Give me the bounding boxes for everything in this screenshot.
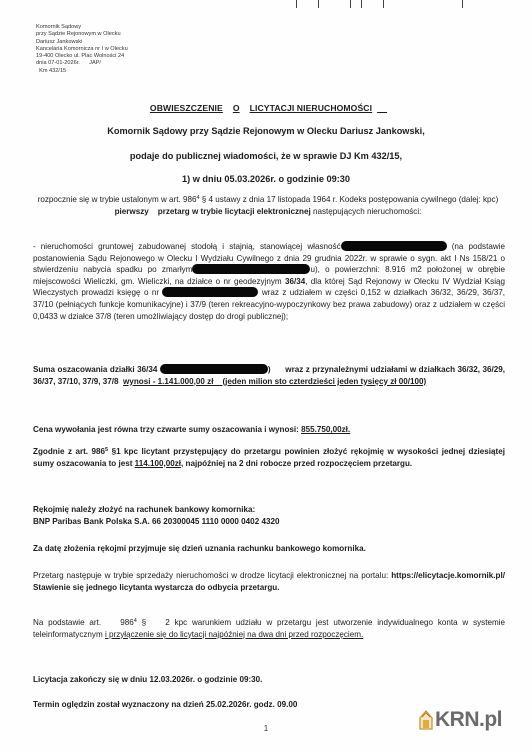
text: rozpocznie się w trybie ustalonym w art.… xyxy=(38,195,197,204)
starting-price: 855.750,00zł. xyxy=(301,425,350,434)
starting-price-paragraph: Cena wywołania jest równa trzy czwarte s… xyxy=(33,424,505,436)
letterhead-line: przy Sądzie Rejonowym w Olecku xyxy=(36,31,128,38)
auction-type: pierwszy xyxy=(115,207,149,216)
bailiff-name-line: Komornik Sądowy przy Sądzie Rejonowym w … xyxy=(0,126,532,136)
letterhead-line: Komornik Sądowy xyxy=(36,24,128,31)
auction-date-line: 1) w dniu 05.03.2026r. o godzinie 09:30 xyxy=(0,174,532,184)
auction-end: Licytacja zakończy się w dniu 12.03.2026… xyxy=(33,674,505,686)
krn-logo-text: KRN.pl xyxy=(435,708,502,732)
title-part: O xyxy=(233,103,240,113)
scan-mark xyxy=(296,0,297,8)
text: - nieruchomości gruntowej zabudowanej st… xyxy=(33,242,341,251)
title-part: OBWIESZCZENIE xyxy=(150,103,223,113)
valuation-paragraph: Suma oszacowania działki 36/34 ) wraz z … xyxy=(33,364,505,387)
house-icon xyxy=(419,710,433,730)
auction-portal-link[interactable]: https://elicytacje.komornik.pl/ xyxy=(391,571,505,580)
bailiff-letterhead: Komornik Sądowy przy Sądzie Rejonowym w … xyxy=(36,24,128,75)
text: Suma oszacowania działki 36/34 xyxy=(33,365,160,374)
scan-mark xyxy=(318,0,319,8)
scan-mark xyxy=(361,0,362,8)
text: § 4 ustawy z dnia 17 listopada 1964 r. K… xyxy=(200,195,499,204)
bank-account-number: BNP Paribas Bank Polska S.A. 66 20300045… xyxy=(33,516,505,528)
letterhead-date: dnia 07-01-2026r. JAP/ xyxy=(36,60,128,67)
title-part: LICYTACJI NIERUCHOMOŚCI xyxy=(250,103,372,113)
letterhead-line: 19-400 Olecko ul. Plac Wolności 24 xyxy=(36,53,128,60)
bank-label: Rękojmię należy złożyć na rachunek banko… xyxy=(33,504,505,516)
scan-mark xyxy=(383,0,384,8)
valuation-amount: wynosi - 1.141.000,00 zł (jeden milion s… xyxy=(123,377,426,386)
letterhead-line: Dariusz Jankowski xyxy=(36,39,128,46)
document-page: Komornik Sądowy przy Sądzie Rejonowym w … xyxy=(0,0,532,750)
bank-details: Rękojmię należy złożyć na rachunek banko… xyxy=(33,504,505,527)
join-deadline: i przyłączenie się do licytacji najpóźni… xyxy=(105,630,363,639)
text: Cena wywołania jest równa trzy czwarte s… xyxy=(33,425,301,434)
portal-paragraph: Przetarg następuje w trybie sprzedaży ni… xyxy=(33,570,505,593)
letterhead-line: Kancelaria Komornicza nr I w Olecku xyxy=(36,46,128,53)
deposit-paragraph: Zgodnie z art. 9865 §1 kpc licytant przy… xyxy=(33,446,505,469)
redacted-land-register xyxy=(162,287,258,297)
deposit-date-note: Za datę złożenia rękojmi przyjmuje się d… xyxy=(33,543,505,555)
plot-number: 36/34 xyxy=(285,277,305,286)
text: , najpóźniej na 2 dni robocze przed rozp… xyxy=(181,459,412,468)
text xyxy=(149,207,158,216)
procedure-paragraph: rozpocznie się w trybie ustalonym w art.… xyxy=(30,194,506,217)
scan-mark xyxy=(462,0,463,8)
auction-mode: przetarg w trybie licytacji elektroniczn… xyxy=(158,207,311,216)
scan-mark xyxy=(350,0,351,8)
text: następujących nieruchomości: xyxy=(311,207,422,216)
text: Przetarg następuje w trybie sprzedaży ni… xyxy=(33,571,391,580)
case-number: Km 432/15 xyxy=(36,68,128,75)
deposit-amount: 114.100,00zł xyxy=(135,459,181,468)
text: Na podstawie art. 986 xyxy=(33,618,134,627)
text: Zgodnie z art. 986 xyxy=(33,447,105,456)
account-requirement-paragraph: Na podstawie art. 9864 § 2 kpc warunkiem… xyxy=(33,617,505,640)
announcement-line: podaje do publicznej wiadomości, że w sp… xyxy=(0,151,532,161)
redacted-owner xyxy=(341,241,447,251)
krn-watermark: KRN.pl xyxy=(419,707,502,733)
redacted-register xyxy=(160,364,268,374)
redacted-deceased xyxy=(192,264,310,274)
document-title: OBWIESZCZENIEOLICYTACJI NIERUCHOMOŚCI xyxy=(0,103,532,113)
property-description: - nieruchomości gruntowej zabudowanej st… xyxy=(33,241,505,322)
